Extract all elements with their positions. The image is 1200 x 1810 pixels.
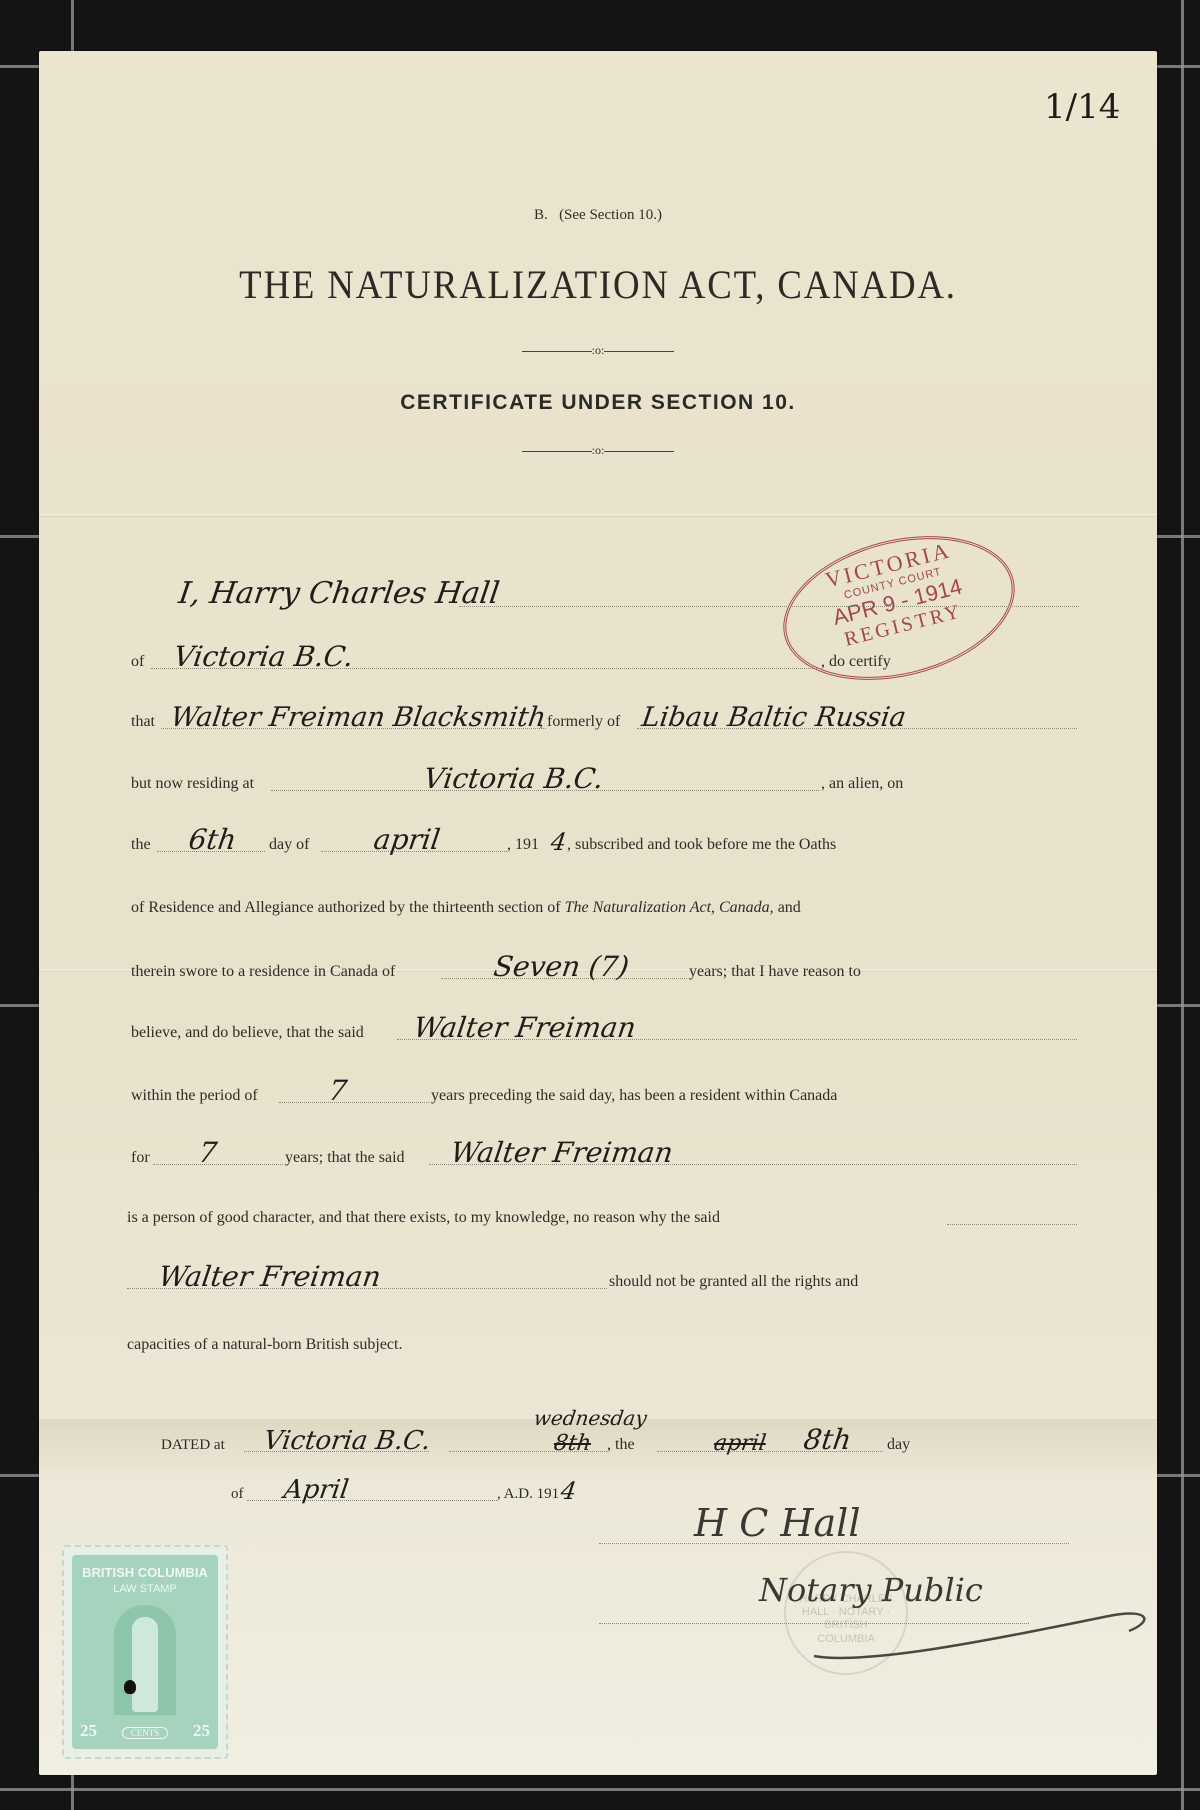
dated-month-handwritten: April <box>282 1475 351 1505</box>
form-line-character: is a person of good character, and that … <box>39 1191 1157 1231</box>
form-line-declarant: I, Harry Charles Hall <box>39 573 1157 613</box>
signature-flourish-icon <box>809 1596 1159 1666</box>
background-grid-line <box>0 1788 1200 1791</box>
label: that <box>131 713 155 731</box>
section-reference: (See Section 10.) <box>559 207 662 223</box>
form-line-capacities: capacities of a natural-born British sub… <box>39 1318 1157 1358</box>
label: within the period of <box>131 1087 258 1105</box>
stamp-value: 25 <box>80 1721 97 1741</box>
divider: :o: <box>39 343 1157 358</box>
label: capacities of a natural-born British sub… <box>127 1336 402 1354</box>
certificate-title: CERTIFICATE UNDER SECTION 10. <box>39 391 1157 415</box>
form-line-grant: Walter Freiman should not be granted all… <box>39 1255 1157 1295</box>
form-line-alien: that Walter Freiman Blacksmith , formerl… <box>39 695 1157 735</box>
form-line-residence-years: for 7 years; that the said Walter Freima… <box>39 1131 1157 1171</box>
label: , do certify <box>821 653 891 671</box>
declarant-residence-handwritten: Victoria B.C. <box>172 640 356 673</box>
oath-year-digit-handwritten: 4 <box>549 828 568 856</box>
alien-name-handwritten: Walter Freiman <box>412 1011 638 1044</box>
act-title: THE NATURALIZATION ACT, CANADA. <box>84 261 1113 308</box>
label: , the <box>607 1436 635 1454</box>
form-line-belief: believe, and do believe, that the said W… <box>39 1006 1157 1046</box>
stamp-denomination: CENTS <box>122 1727 168 1739</box>
page-number-note: 1/14 <box>1044 87 1120 127</box>
dated-year-digit-handwritten: 4 <box>559 1477 578 1505</box>
label: of Residence and Allegiance authorized b… <box>131 899 801 917</box>
form-reference: B. (See Section 10.) <box>39 207 1157 224</box>
label: , subscribed and took before me the Oath… <box>567 836 836 854</box>
form-letter: B. <box>534 207 548 223</box>
form-line-oath-date: the 6th day of april , 191 4 , subscribe… <box>39 818 1157 858</box>
label: years; that the said <box>285 1149 405 1167</box>
label: , A.D. 191 <box>497 1486 559 1503</box>
label: , an alien, on <box>821 775 903 793</box>
oath-month-handwritten: april <box>372 823 443 856</box>
dated-struck-handwritten: 8th <box>552 1431 593 1456</box>
label: DATED at <box>161 1437 225 1454</box>
bc-law-stamp: BRITISH COLUMBIA LAW STAMP 25 CENTS 25 <box>62 1545 228 1759</box>
certificate-document: 1/14 B. (See Section 10.) THE NATURALIZA… <box>39 51 1157 1775</box>
label: of <box>231 1486 244 1503</box>
form-line-oath-authority: of Residence and Allegiance authorized b… <box>39 881 1157 921</box>
stamp-subtitle: LAW STAMP <box>72 1583 218 1595</box>
label: should not be granted all the rights and <box>609 1273 858 1291</box>
label: day of <box>269 836 309 854</box>
divider: :o: <box>39 443 1157 458</box>
alien-name-handwritten: Walter Freiman <box>449 1136 675 1169</box>
dated-struck-month-handwritten: april <box>712 1431 767 1456</box>
form-line-residence: of Victoria B.C. , do certify <box>39 635 1157 675</box>
label: believe, and do believe, that the said <box>131 1024 364 1042</box>
label: years; that I have reason to <box>689 963 861 981</box>
label: years preceding the said day, has been a… <box>431 1087 837 1105</box>
current-residence-handwritten: Victoria B.C. <box>422 762 606 795</box>
dated-month-line: of April , A.D. 191 4 <box>39 1467 1157 1507</box>
label: for <box>131 1149 150 1167</box>
fold-crease <box>39 514 1157 517</box>
oath-day-handwritten: 6th <box>187 823 239 856</box>
justice-figure-icon <box>132 1617 158 1712</box>
alien-name-handwritten: Walter Freiman Blacksmith <box>169 702 548 733</box>
stamp-value: 25 <box>193 1721 210 1741</box>
notary-signature: H C Hall <box>694 1501 860 1545</box>
dated-line: DATED at Victoria B.C. wednesday 8th , t… <box>39 1418 1157 1458</box>
label: is a person of good character, and that … <box>127 1209 720 1227</box>
act-reference-italic: The Naturalization Act, Canada, <box>565 899 774 916</box>
label: therein swore to a residence in Canada o… <box>131 963 395 981</box>
label: but now residing at <box>131 775 254 793</box>
label: the <box>131 836 151 854</box>
punch-hole <box>124 1680 136 1694</box>
years-sworn-handwritten: Seven (7) <box>492 950 631 983</box>
dated-day-handwritten: 8th <box>802 1423 854 1456</box>
background-grid-line <box>1181 0 1184 1810</box>
label: , formerly of <box>539 713 620 731</box>
alien-name-handwritten: Walter Freiman <box>157 1260 383 1293</box>
former-residence-handwritten: Libau Baltic Russia <box>640 702 908 733</box>
form-line-period: within the period of 7 years preceding t… <box>39 1069 1157 1109</box>
declarant-name-handwritten: I, Harry Charles Hall <box>177 576 502 611</box>
stamp-title: BRITISH COLUMBIA <box>72 1565 218 1580</box>
form-line-current-residence: but now residing at Victoria B.C. , an a… <box>39 757 1157 797</box>
form-line-sworn-residence: therein swore to a residence in Canada o… <box>39 945 1157 985</box>
label: , 191 <box>507 836 539 854</box>
dated-weekday-handwritten: wednesday <box>532 1406 648 1430</box>
dated-place-handwritten: Victoria B.C. <box>262 1426 433 1456</box>
label: of <box>131 653 144 671</box>
label: day <box>887 1436 910 1454</box>
